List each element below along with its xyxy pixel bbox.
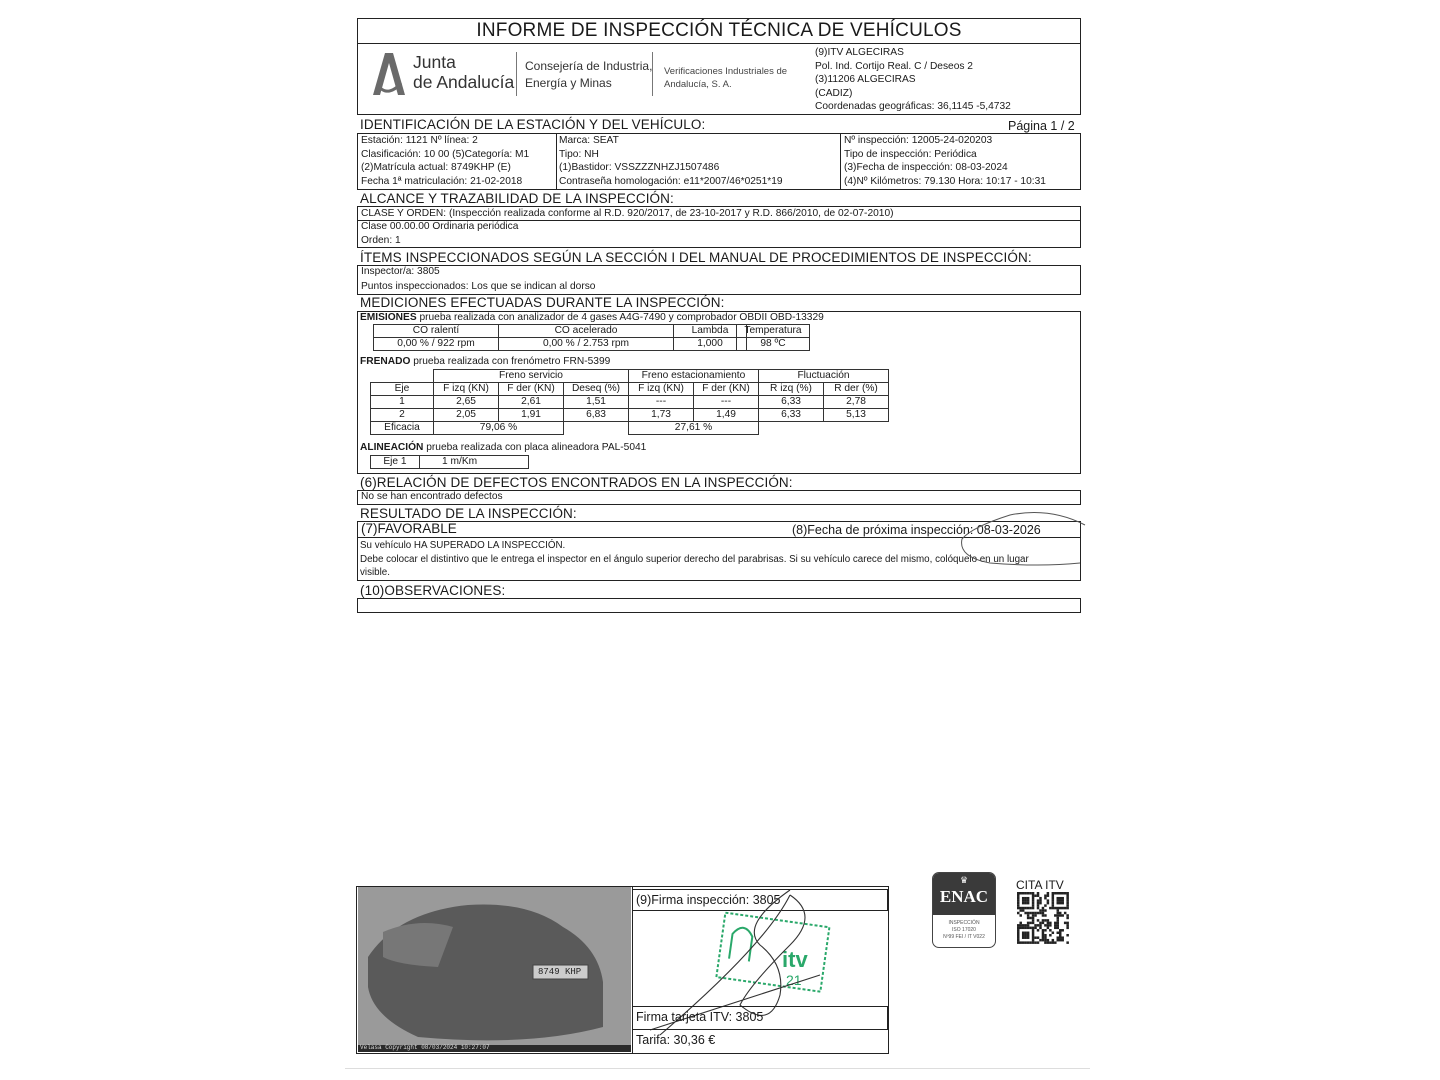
emissions-value: 0,00 % / 922 rpm [374, 338, 499, 351]
brake-cell: 6,83 [564, 409, 629, 422]
braking-table: Freno servicioFreno estacionamientoFluct… [370, 369, 889, 435]
card-signature-label: Firma tarjeta ITV: 3805 [636, 1010, 763, 1024]
alignment-table: Eje 1 1 m/Km [370, 455, 529, 469]
report-title-box: INFORME DE INSPECCIÓN TÉCNICA DE VEHÍCUL… [357, 18, 1081, 44]
alignment-desc: prueba realizada con placa alineadora PA… [423, 442, 646, 453]
brake-group-header: Freno servicio [434, 370, 629, 383]
info-line: Estación: 1121 Nº línea: 2 [361, 134, 529, 148]
defects-heading: (6)RELACIÓN DE DEFECTOS ENCONTRADOS EN L… [360, 475, 793, 490]
result-line-3: visible. [360, 566, 390, 580]
info-line: (3)11206 ALGECIRAS [815, 73, 1011, 87]
company-line-2: Andalucía, S. A. [664, 78, 787, 91]
junta-andalucia-logo-icon [371, 53, 405, 95]
class-order-text: CLASE Y ORDEN: (Inspección realizada con… [361, 207, 894, 221]
emissions-label: EMISIONES [360, 312, 417, 323]
qr-code-icon[interactable] [1017, 892, 1069, 944]
pen-mark-icon [950, 505, 1090, 575]
brake-column-header: F izq (KN) [434, 383, 499, 396]
alignment-axle: Eje 1 [371, 456, 420, 469]
department-line-2: Energía y Minas [525, 75, 652, 92]
info-line: Pol. Ind. Cortijo Real. C / Deseos 2 [815, 60, 1011, 74]
brake-cell: --- [694, 396, 759, 409]
brake-column-header: R izq (%) [759, 383, 824, 396]
company-text: Verificaciones Industriales de Andalucía… [664, 65, 787, 91]
fee-label: Tarifa: 30,36 € [636, 1033, 715, 1047]
emissions-header: CO acelerado [499, 325, 674, 338]
temperature-value: 98 ºC [737, 338, 810, 351]
brake-cell: 5,13 [824, 409, 889, 422]
info-line: Contraseña homologación: e11*2007/46*025… [559, 175, 783, 189]
enac-line-2: ISO 17020 [933, 927, 995, 934]
info-line: (2)Matrícula actual: 8749KHP (E) [361, 161, 529, 175]
alignment-value: 1 m/Km [420, 456, 529, 469]
brake-cell: 2,05 [434, 409, 499, 422]
blank-cell [759, 422, 889, 435]
department-text: Consejería de Industria, Energía y Minas [525, 58, 652, 92]
brake-cell: 2,65 [434, 396, 499, 409]
emissions-header: CO ralentí [374, 325, 499, 338]
license-plate: 8749 KHP [538, 967, 581, 977]
brake-cell: 6,33 [759, 396, 824, 409]
brake-cell: 2,78 [824, 396, 889, 409]
class-text: Clase 00.00.00 Ordinaria periódica [361, 220, 518, 234]
result-heading: RESULTADO DE LA INSPECCIÓN: [360, 506, 577, 521]
brake-cell: 6,33 [759, 409, 824, 422]
info-line: Tipo: NH [559, 148, 783, 162]
emissions-desc: prueba realizada con analizador de 4 gas… [417, 312, 824, 323]
blank-cell [371, 370, 434, 383]
result-line-1: Su vehículo HA SUPERADO LA INSPECCIÓN. [360, 539, 565, 553]
brake-column-header: F der (KN) [694, 383, 759, 396]
points-text: Puntos inspeccionados: Los que se indica… [361, 280, 595, 294]
result-line-2: Debe colocar el distintivo que le entreg… [360, 553, 1029, 567]
inspector-text: Inspector/a: 3805 [361, 265, 440, 279]
braking-desc: prueba realizada con frenómetro FRN-5399 [410, 356, 610, 367]
measurements-heading: MEDICIONES EFECTUADAS DURANTE LA INSPECC… [360, 295, 724, 310]
identification-heading: IDENTIFICACIÓN DE LA ESTACIÓN Y DEL VEHÍ… [360, 117, 705, 132]
temperature-header: Temperatura [737, 325, 810, 338]
emissions-value: 0,00 % / 2.753 rpm [499, 338, 674, 351]
station-address: (9)ITV ALGECIRASPol. Ind. Cortijo Real. … [815, 46, 1011, 114]
page-indicator: Página 1 / 2 [1008, 119, 1075, 133]
car-rear-icon [358, 887, 631, 1052]
brake-column-header: Eje [371, 383, 434, 396]
observations-box [357, 598, 1081, 613]
info-line: Coordenadas geográficas: 36,1145 -5,4732 [815, 100, 1011, 114]
blank-cell [564, 422, 629, 435]
emissions-table: CO ralentíCO aceleradoLambda 0,00 % / 92… [373, 324, 747, 351]
info-line: (3)Fecha de inspección: 08-03-2024 [844, 161, 1046, 175]
crown-icon: ♛ [933, 873, 995, 887]
inspection-report-page: INFORME DE INSPECCIÓN TÉCNICA DE VEHÍCUL… [0, 0, 1440, 1080]
vehicle-info-column: Marca: SEATTipo: NH(1)Bastidor: VSSZZZNH… [559, 134, 783, 189]
alignment-label: ALINEACIÓN [360, 442, 423, 453]
enac-label: ENAC [933, 887, 995, 907]
table-row: 12,652,611,51------6,332,78 [371, 396, 889, 409]
enac-line-3: Nº99 FEI / IT V022 [933, 934, 995, 941]
logo-line-1: Junta [413, 52, 514, 72]
info-line: Fecha 1ª matriculación: 21-02-2018 [361, 175, 529, 189]
vehicle-photo: 8749 KHP Velasa Copyright 08/03/2024 10:… [358, 887, 631, 1052]
info-line: (CADIZ) [815, 87, 1011, 101]
efficacy-parking: 27,61 % [629, 422, 759, 435]
brake-cell: 1,49 [694, 409, 759, 422]
logo-line-2: de Andalucía [413, 72, 514, 92]
logo-text: Junta de Andalucía [413, 52, 514, 92]
brake-column-header: R der (%) [824, 383, 889, 396]
info-line: Clasificación: 10 00 (5)Categoría: M1 [361, 148, 529, 162]
info-line: (1)Bastidor: VSSZZZNHZJ1507486 [559, 161, 783, 175]
scope-heading: ALCANCE Y TRAZABILIDAD DE LA INSPECCIÓN: [360, 191, 674, 206]
brake-column-header: F izq (KN) [629, 383, 694, 396]
temperature-table: Temperatura 98 ºC [736, 324, 810, 351]
info-line: Nº inspección: 12005-24-020203 [844, 134, 1046, 148]
brake-cell: 1,51 [564, 396, 629, 409]
defects-text: No se han encontrado defectos [361, 490, 503, 504]
enac-line-1: INSPECCIÓN [933, 920, 995, 927]
verdict-text: (7)FAVORABLE [361, 521, 457, 536]
efficacy-service: 79,06 % [434, 422, 564, 435]
order-text: Orden: 1 [361, 234, 401, 248]
emissions-line: EMISIONES prueba realizada con analizado… [360, 311, 824, 325]
brake-cell: --- [629, 396, 694, 409]
brake-cell: 1,91 [499, 409, 564, 422]
brake-group-header: Freno estacionamiento [629, 370, 759, 383]
report-title: INFORME DE INSPECCIÓN TÉCNICA DE VEHÍCUL… [358, 19, 1080, 43]
braking-line: FRENADO prueba realizada con frenómetro … [360, 355, 610, 369]
company-line-1: Verificaciones Industriales de [664, 65, 787, 78]
brake-group-header: Fluctuación [759, 370, 889, 383]
observations-heading: (10)OBSERVACIONES: [360, 583, 505, 598]
info-line: Tipo de inspección: Periódica [844, 148, 1046, 162]
department-line-1: Consejería de Industria, [525, 58, 652, 75]
items-heading: ÍTEMS INSPECCIONADOS SEGÚN LA SECCIÓN I … [360, 250, 1032, 265]
inspection-info-column: Nº inspección: 12005-24-020203Tipo de in… [844, 134, 1046, 189]
brake-cell: 2,61 [499, 396, 564, 409]
brake-column-header: F der (KN) [499, 383, 564, 396]
brake-cell: 1,73 [629, 409, 694, 422]
station-info-column: Estación: 1121 Nº línea: 2Clasificación:… [361, 134, 529, 189]
enac-badge: ♛ ENAC INSPECCIÓN ISO 17020 Nº99 FEI / I… [932, 872, 996, 948]
braking-label: FRENADO [360, 356, 410, 367]
table-row: 22,051,916,831,731,496,335,13 [371, 409, 889, 422]
brake-cell: 2 [371, 409, 434, 422]
info-line: (4)Nº Kilómetros: 79.130 Hora: 10:17 - 1… [844, 175, 1046, 189]
brake-column-header: Deseq (%) [564, 383, 629, 396]
photo-caption: Velasa Copyright 08/03/2024 10:27:07 [360, 1044, 490, 1051]
qr-label: CITA ITV [1016, 878, 1064, 892]
info-line: (9)ITV ALGECIRAS [815, 46, 1011, 60]
info-line: Marca: SEAT [559, 134, 783, 148]
alignment-line: ALINEACIÓN prueba realizada con placa al… [360, 441, 646, 455]
efficacy-label: Eficacia [371, 422, 434, 435]
brake-cell: 1 [371, 396, 434, 409]
